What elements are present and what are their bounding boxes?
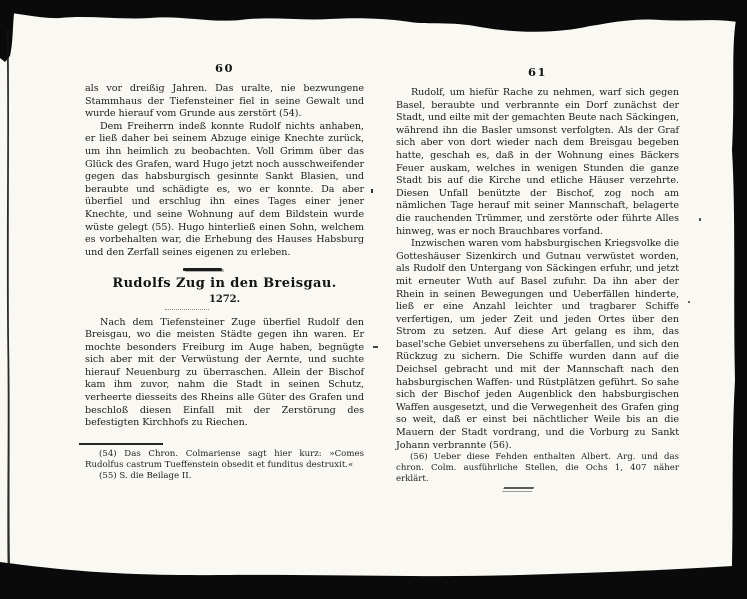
right-page-body: Rudolf, um hiefür Rache zu nehmen, warf …: [396, 87, 679, 452]
left-footnotes: (54) Das Chron. Colmariense sagt hier ku…: [85, 443, 364, 483]
date-dotted-rule: [165, 309, 209, 310]
scan-speck: [699, 218, 701, 221]
scan-edge-corner-blob: [0, 0, 16, 62]
end-ornament: [502, 487, 534, 492]
left-page: 60 als vor dreißig Jahren. Das uralte, n…: [85, 0, 364, 599]
footnote-rule: [79, 443, 163, 445]
scan-edge-left-line: [7, 30, 11, 566]
scan-speck: [688, 301, 690, 303]
paragraph: als vor dreißig Jahren. Das uralte, nie …: [85, 83, 364, 121]
footnote: (56) Ueber diese Fehden enthalten Albert…: [396, 452, 679, 486]
section-heading: Rudolfs Zug in den Breisgau.: [85, 278, 364, 291]
right-page: 61 Rudolf, um hiefür Rache zu nehmen, wa…: [396, 0, 679, 599]
left-page-body: als vor dreißig Jahren. Das uralte, nie …: [85, 83, 364, 430]
right-page-number: 61: [396, 65, 679, 79]
left-page-number: 60: [85, 61, 364, 75]
paragraph: Rudolf, um hiefür Rache zu nehmen, warf …: [396, 87, 679, 238]
paragraph: Nach dem Tiefensteiner Zuge überfiel Rud…: [85, 317, 364, 430]
scan-speck: [373, 346, 378, 348]
book-scan: 60 als vor dreißig Jahren. Das uralte, n…: [0, 0, 747, 599]
scan-edge-right: [731, 18, 747, 599]
paragraph: Inzwischen waren vom habsburgischen Krie…: [396, 238, 679, 452]
footnote: (55) S. die Beilage II.: [85, 471, 364, 482]
scan-speck: [371, 189, 373, 193]
paragraph: Dem Freiherrn indeß konnte Rudolf nichts…: [85, 121, 364, 260]
right-footnotes: (56) Ueber diese Fehden enthalten Albert…: [396, 452, 679, 486]
section-date: 1272.: [85, 294, 364, 307]
section-separator-rule: [183, 268, 222, 271]
footnote: (54) Das Chron. Colmariense sagt hier ku…: [85, 449, 364, 471]
